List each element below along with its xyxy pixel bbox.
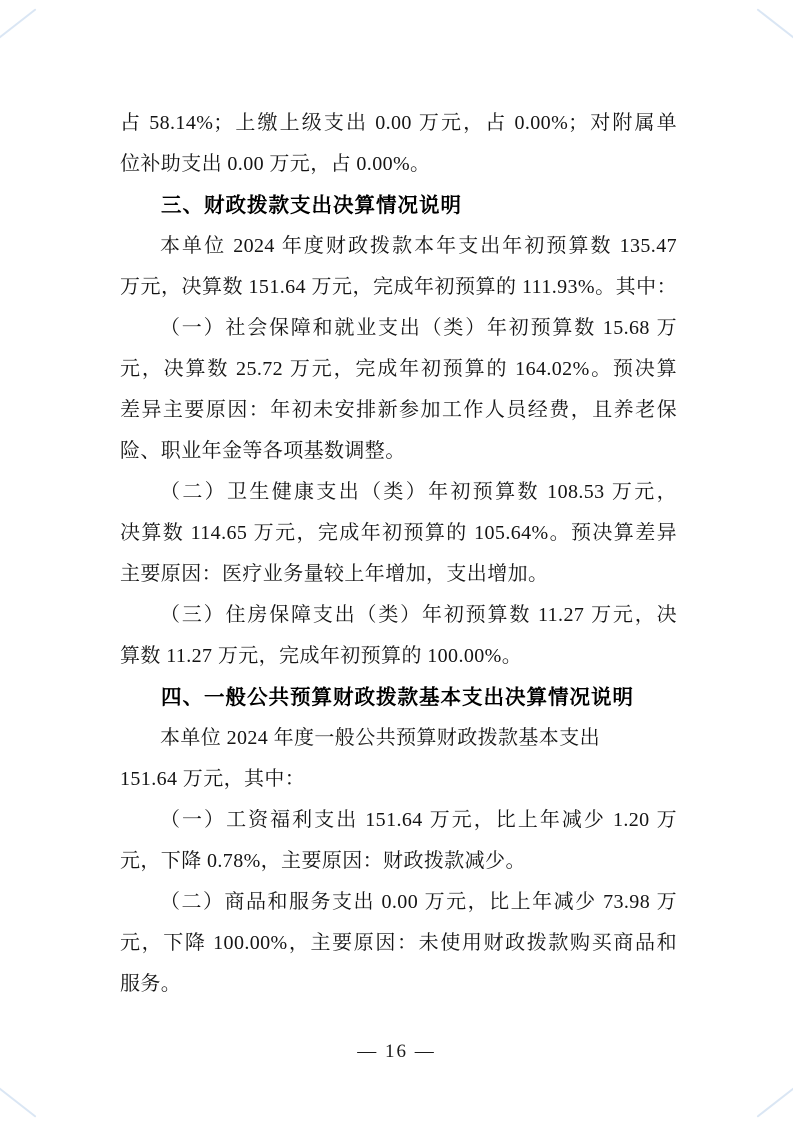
body-line: 算数 11.27 万元，完成年初预算的 100.00%。 [120, 636, 677, 677]
body-line: 元，下降 100.00%，主要原因：未使用财政拨款购买商品和 [120, 923, 677, 964]
corner-mark-bottom-left [0, 1080, 36, 1117]
body-line: 险、职业年金等各项基数调整。 [120, 431, 677, 472]
body-line: 位补助支出 0.00 万元，占 0.00%。 [120, 144, 677, 185]
corner-mark-bottom-right [757, 1080, 793, 1117]
body-line: 服务。 [120, 964, 677, 1005]
page-number: — 16 — [0, 1040, 793, 1064]
document-page: 占 58.14%；上缴上级支出 0.00 万元，占 0.00%；对附属单 位补助… [0, 0, 793, 1122]
body-line: 本单位 2024 年度一般公共预算财政拨款基本支出 [120, 718, 677, 759]
body-line: 151.64 万元，其中： [120, 759, 677, 800]
corner-mark-top-left [0, 8, 36, 45]
body-line: 元，决算数 25.72 万元，完成年初预算的 164.02%。预决算 [120, 349, 677, 390]
body-line: 本单位 2024 年度财政拨款本年支出年初预算数 135.47 [120, 226, 677, 267]
body-line: （二）商品和服务支出 0.00 万元，比上年减少 73.98 万 [120, 882, 677, 923]
heading-section-4: 四、一般公共预算财政拨款基本支出决算情况说明 [120, 677, 677, 718]
body-line: （一）社会保障和就业支出（类）年初预算数 15.68 万 [120, 308, 677, 349]
heading-section-3: 三、财政拨款支出决算情况说明 [120, 185, 677, 226]
body-line: 决算数 114.65 万元，完成年初预算的 105.64%。预决算差异 [120, 513, 677, 554]
corner-mark-top-right [757, 8, 793, 45]
document-body: 占 58.14%；上缴上级支出 0.00 万元，占 0.00%；对附属单 位补助… [120, 103, 677, 1005]
body-line: 元，下降 0.78%，主要原因：财政拨款减少。 [120, 841, 677, 882]
body-line: 万元，决算数 151.64 万元，完成年初预算的 111.93%。其中： [120, 267, 677, 308]
body-line: 占 58.14%；上缴上级支出 0.00 万元，占 0.00%；对附属单 [120, 103, 677, 144]
body-line: （二）卫生健康支出（类）年初预算数 108.53 万元， [120, 472, 677, 513]
body-line: 主要原因：医疗业务量较上年增加，支出增加。 [120, 554, 677, 595]
body-line: 差异主要原因：年初未安排新参加工作人员经费，且养老保 [120, 390, 677, 431]
body-line: （一）工资福利支出 151.64 万元，比上年减少 1.20 万 [120, 800, 677, 841]
body-line: （三）住房保障支出（类）年初预算数 11.27 万元，决 [120, 595, 677, 636]
